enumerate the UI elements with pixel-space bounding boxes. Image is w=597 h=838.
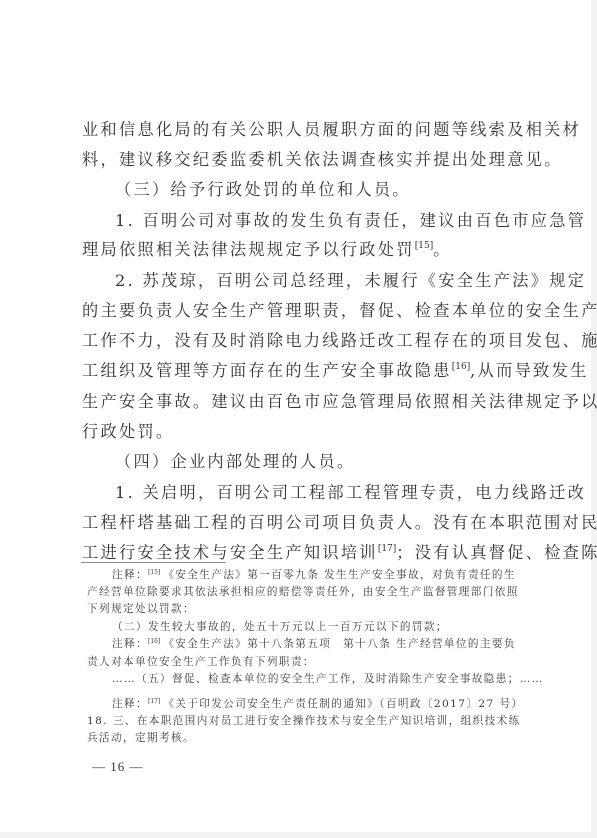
line-text: 理局依照相关法律法规规定予以行政处罚 xyxy=(82,240,415,259)
line-text: 的主要负责人安全生产管理职责，督促、检查本单位的安全生产 xyxy=(82,301,597,320)
body-line: 工作不力，没有及时消除电力线路迁改工程存在的项目发包、施 xyxy=(82,331,540,351)
document-page: 业和信息化局的有关公职人员履职方面的问题等线索及相关材 料，建议移交纪委监委机关… xyxy=(0,0,591,832)
footnote-separator xyxy=(81,562,226,563)
footnote-line: 兵活动，定期考核。 xyxy=(87,731,537,745)
body-line: 1. 百明公司对事故的发生负有责任，建议由百色市应急管 xyxy=(115,211,573,231)
footnote-label: 注释： xyxy=(112,569,148,581)
footnote-label: 注释： xyxy=(112,638,148,650)
line-text: ,从而导致发生 xyxy=(470,361,588,380)
line-text: 。 xyxy=(433,240,452,259)
line-text: 工程杆塔基础工程的百明公司项目负责人。没有在本职范围对民 xyxy=(82,513,597,532)
line-text: （四）企业内部处理的人员。 xyxy=(115,452,355,471)
line-text: 业和信息化局的有关公职人员履职方面的问题等线索及相关材 xyxy=(82,120,581,139)
body-line: 业和信息化局的有关公职人员履职方面的问题等线索及相关材 xyxy=(82,120,540,140)
footnote-ref-16: [16] xyxy=(452,362,470,372)
line-text: 生产安全事故。建议由百色市应急管理局依照相关法律规定予以 xyxy=(82,392,597,411)
footnote-text: 产经营单位除要求其依法承担相应的赔偿等责任外，由安全生产监督管理部门依照 xyxy=(87,586,519,598)
body-line: 的主要负责人安全生产管理职责，督促、检查本单位的安全生产 xyxy=(82,301,540,321)
footnote-text: 《关于印发公司安全生产责任制的通知》（百明政〔2017〕27 号） xyxy=(163,698,523,710)
body-line: 理局依照相关法律法规规定予以行政处罚[15]。 xyxy=(82,240,540,260)
footnote-text: 18. 三、在本职范围内对员工进行安全操作技术与安全生产知识培训，组织技术练 xyxy=(87,715,521,727)
footnote-text: 兵活动，定期考核。 xyxy=(87,732,195,744)
line-text: 工作不力，没有及时消除电力线路迁改工程存在的项目发包、施 xyxy=(82,331,597,350)
footnote-15: 注释：[15]《安全生产法》第一百零九条 发生生产安全事故，对负有责任的生 xyxy=(112,568,562,582)
line-text: ；没有认真督促、检查陈 xyxy=(396,543,597,562)
footnote-text: 《安全生产法》第十八条第五项 第十八条 生产经营单位的主要负 xyxy=(163,638,516,650)
body-line: 2. 苏茂琼，百明公司总经理，未履行《安全生产法》规定 xyxy=(115,271,573,291)
footnote-line: ……（五）督促、检查本单位的安全生产工作，及时消除生产安全事故隐患；…… xyxy=(112,672,562,686)
footnote-17: 注释：[17]《关于印发公司安全生产责任制的通知》（百明政〔2017〕27 号） xyxy=(112,697,562,711)
line-text: 2. 苏茂琼，百明公司总经理，未履行《安全生产法》规定 xyxy=(115,271,586,290)
footnote-text: 责人对本单位安全生产工作负有下列职责： xyxy=(87,656,315,668)
footnote-number: [16] xyxy=(148,638,160,645)
footnote-number: [15] xyxy=(148,569,160,576)
body-line: 生产安全事故。建议由百色市应急管理局依照相关法律规定予以 xyxy=(82,392,540,412)
body-line: 料，建议移交纪委监委机关依法调查核实并提出处理意见。 xyxy=(82,150,540,170)
section-heading-3: （三）给予行政处罚的单位和人员。 xyxy=(115,180,573,200)
line-text: 1. 百明公司对事故的发生负有责任，建议由百色市应急管 xyxy=(115,211,586,230)
footnote-line: 责人对本单位安全生产工作负有下列职责： xyxy=(87,655,537,669)
line-text: 行政处罚。 xyxy=(82,422,174,441)
footnote-line: 产经营单位除要求其依法承担相应的赔偿等责任外，由安全生产监督管理部门依照 xyxy=(87,585,537,599)
footnote-line: 18. 三、在本职范围内对员工进行安全操作技术与安全生产知识培训，组织技术练 xyxy=(87,714,537,728)
line-text: 工组织及管理等方面存在的生产安全事故隐患 xyxy=(82,361,452,380)
footnote-ref-15: [15] xyxy=(415,241,433,251)
footnote-ref-17: [17] xyxy=(378,544,396,554)
page-number: — 16 — xyxy=(92,759,144,775)
footnote-16: 注释：[16]《安全生产法》第十八条第五项 第十八条 生产经营单位的主要负 xyxy=(112,637,562,651)
footnote-text: ……（五）督促、检查本单位的安全生产工作，及时消除生产安全事故隐患；…… xyxy=(112,673,544,685)
body-line: 工进行安全技术与安全生产知识培训[17]；没有认真督促、检查陈 xyxy=(82,543,540,563)
line-text: 1. 关启明，百明公司工程部工程管理专责，电力线路迁改 xyxy=(115,483,586,502)
footnote-line: （二）发生较大事故的，处五十万元以上一百万元以下的罚款； xyxy=(112,620,562,634)
footnote-line: 下列规定处以罚款： xyxy=(87,602,537,616)
line-text: 工进行安全技术与安全生产知识培训 xyxy=(82,543,378,562)
body-line: 工程杆塔基础工程的百明公司项目负责人。没有在本职范围对民 xyxy=(82,513,540,533)
footnote-text: 下列规定处以罚款： xyxy=(87,603,195,615)
line-text: （三）给予行政处罚的单位和人员。 xyxy=(115,180,411,199)
body-line: 1. 关启明，百明公司工程部工程管理专责，电力线路迁改 xyxy=(115,483,573,503)
body-line: 工组织及管理等方面存在的生产安全事故隐患[16],从而导致发生 xyxy=(82,361,540,381)
body-line: 行政处罚。 xyxy=(82,422,540,442)
footnote-text: 《安全生产法》第一百零九条 发生生产安全事故，对负有责任的生 xyxy=(163,569,516,581)
footnote-label: 注释： xyxy=(112,698,148,710)
footnote-number: [17] xyxy=(148,698,160,705)
section-heading-4: （四）企业内部处理的人员。 xyxy=(115,452,573,472)
line-text: 料，建议移交纪委监委机关依法调查核实并提出处理意见。 xyxy=(82,150,563,169)
footnote-text: （二）发生较大事故的，处五十万元以上一百万元以下的罚款； xyxy=(112,621,448,633)
